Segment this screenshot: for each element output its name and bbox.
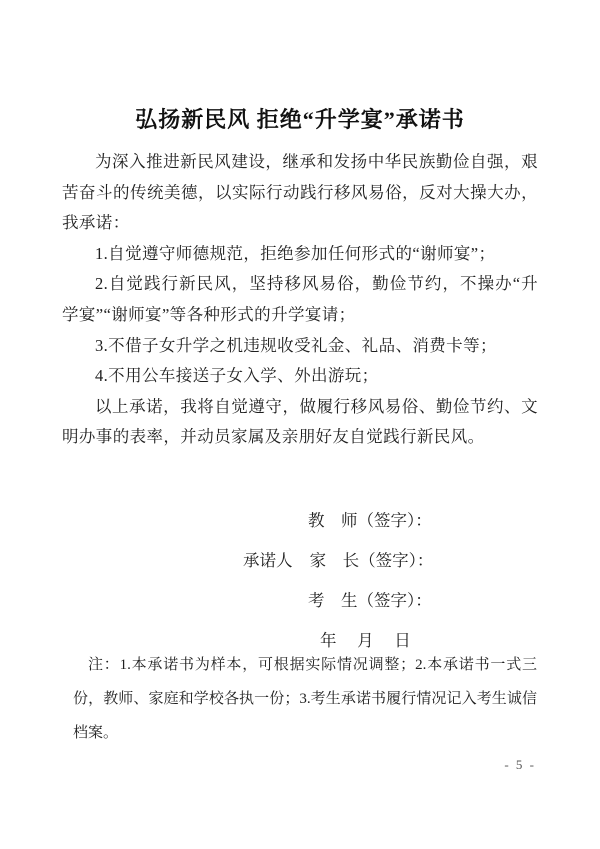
signature-row-teacher: 教 师（签字）： (308, 501, 540, 541)
student-signature-label: 考 生（签字）： (308, 591, 432, 610)
document-page: 弘扬新民风 拒绝“升学宴”承诺书 为深入推进新民风建设，继承和发扬中华民族勤俭自… (0, 0, 600, 849)
parent-signature-label: 家 长（签字）： (310, 551, 434, 570)
signature-row-parent: 承诺人 家 长（签字）： (243, 541, 540, 581)
commitment-item-3: 3.不借子女升学之机违规收受礼金、礼品、消费卡等； (62, 331, 538, 362)
commitment-item-1: 1.自觉遵守师德规范，拒绝参加任何形式的“谢师宴”； (62, 239, 538, 270)
signature-block: 教 师（签字）： 承诺人 家 长（签字）： 考 生（签字）： 年 月 日 (62, 501, 540, 661)
document-body: 为深入推进新民风建设，继承和发扬中华民族勤俭自强，艰苦奋斗的传统美德，以实际行动… (62, 147, 538, 453)
page-number: - 5 - (504, 757, 536, 773)
note-section: 注：1.本承诺书为样本，可根据实际情况调整；2.本承诺书一式三份，教师、家庭和学… (73, 648, 537, 750)
document-title: 弘扬新民风 拒绝“升学宴”承诺书 (0, 103, 600, 134)
intro-paragraph: 为深入推进新民风建设，继承和发扬中华民族勤俭自强，艰苦奋斗的传统美德，以实际行动… (62, 147, 538, 239)
signature-row-student: 考 生（签字）： (308, 581, 540, 621)
note-paragraph: 注：1.本承诺书为样本，可根据实际情况调整；2.本承诺书一式三份，教师、家庭和学… (73, 648, 537, 750)
promiser-label: 承诺人 (243, 551, 293, 570)
commitment-item-2: 2.自觉践行新民风，坚持移风易俗，勤俭节约，不操办“升学宴”“谢师宴”等各种形式… (62, 269, 538, 330)
teacher-signature-label: 教 师（签字）： (308, 511, 432, 530)
commitment-item-4: 4.不用公车接送子女入学、外出游玩； (62, 361, 538, 392)
closing-paragraph: 以上承诺，我将自觉遵守，做履行移风易俗、勤俭节约、文明办事的表率，并动员家属及亲… (62, 392, 538, 453)
